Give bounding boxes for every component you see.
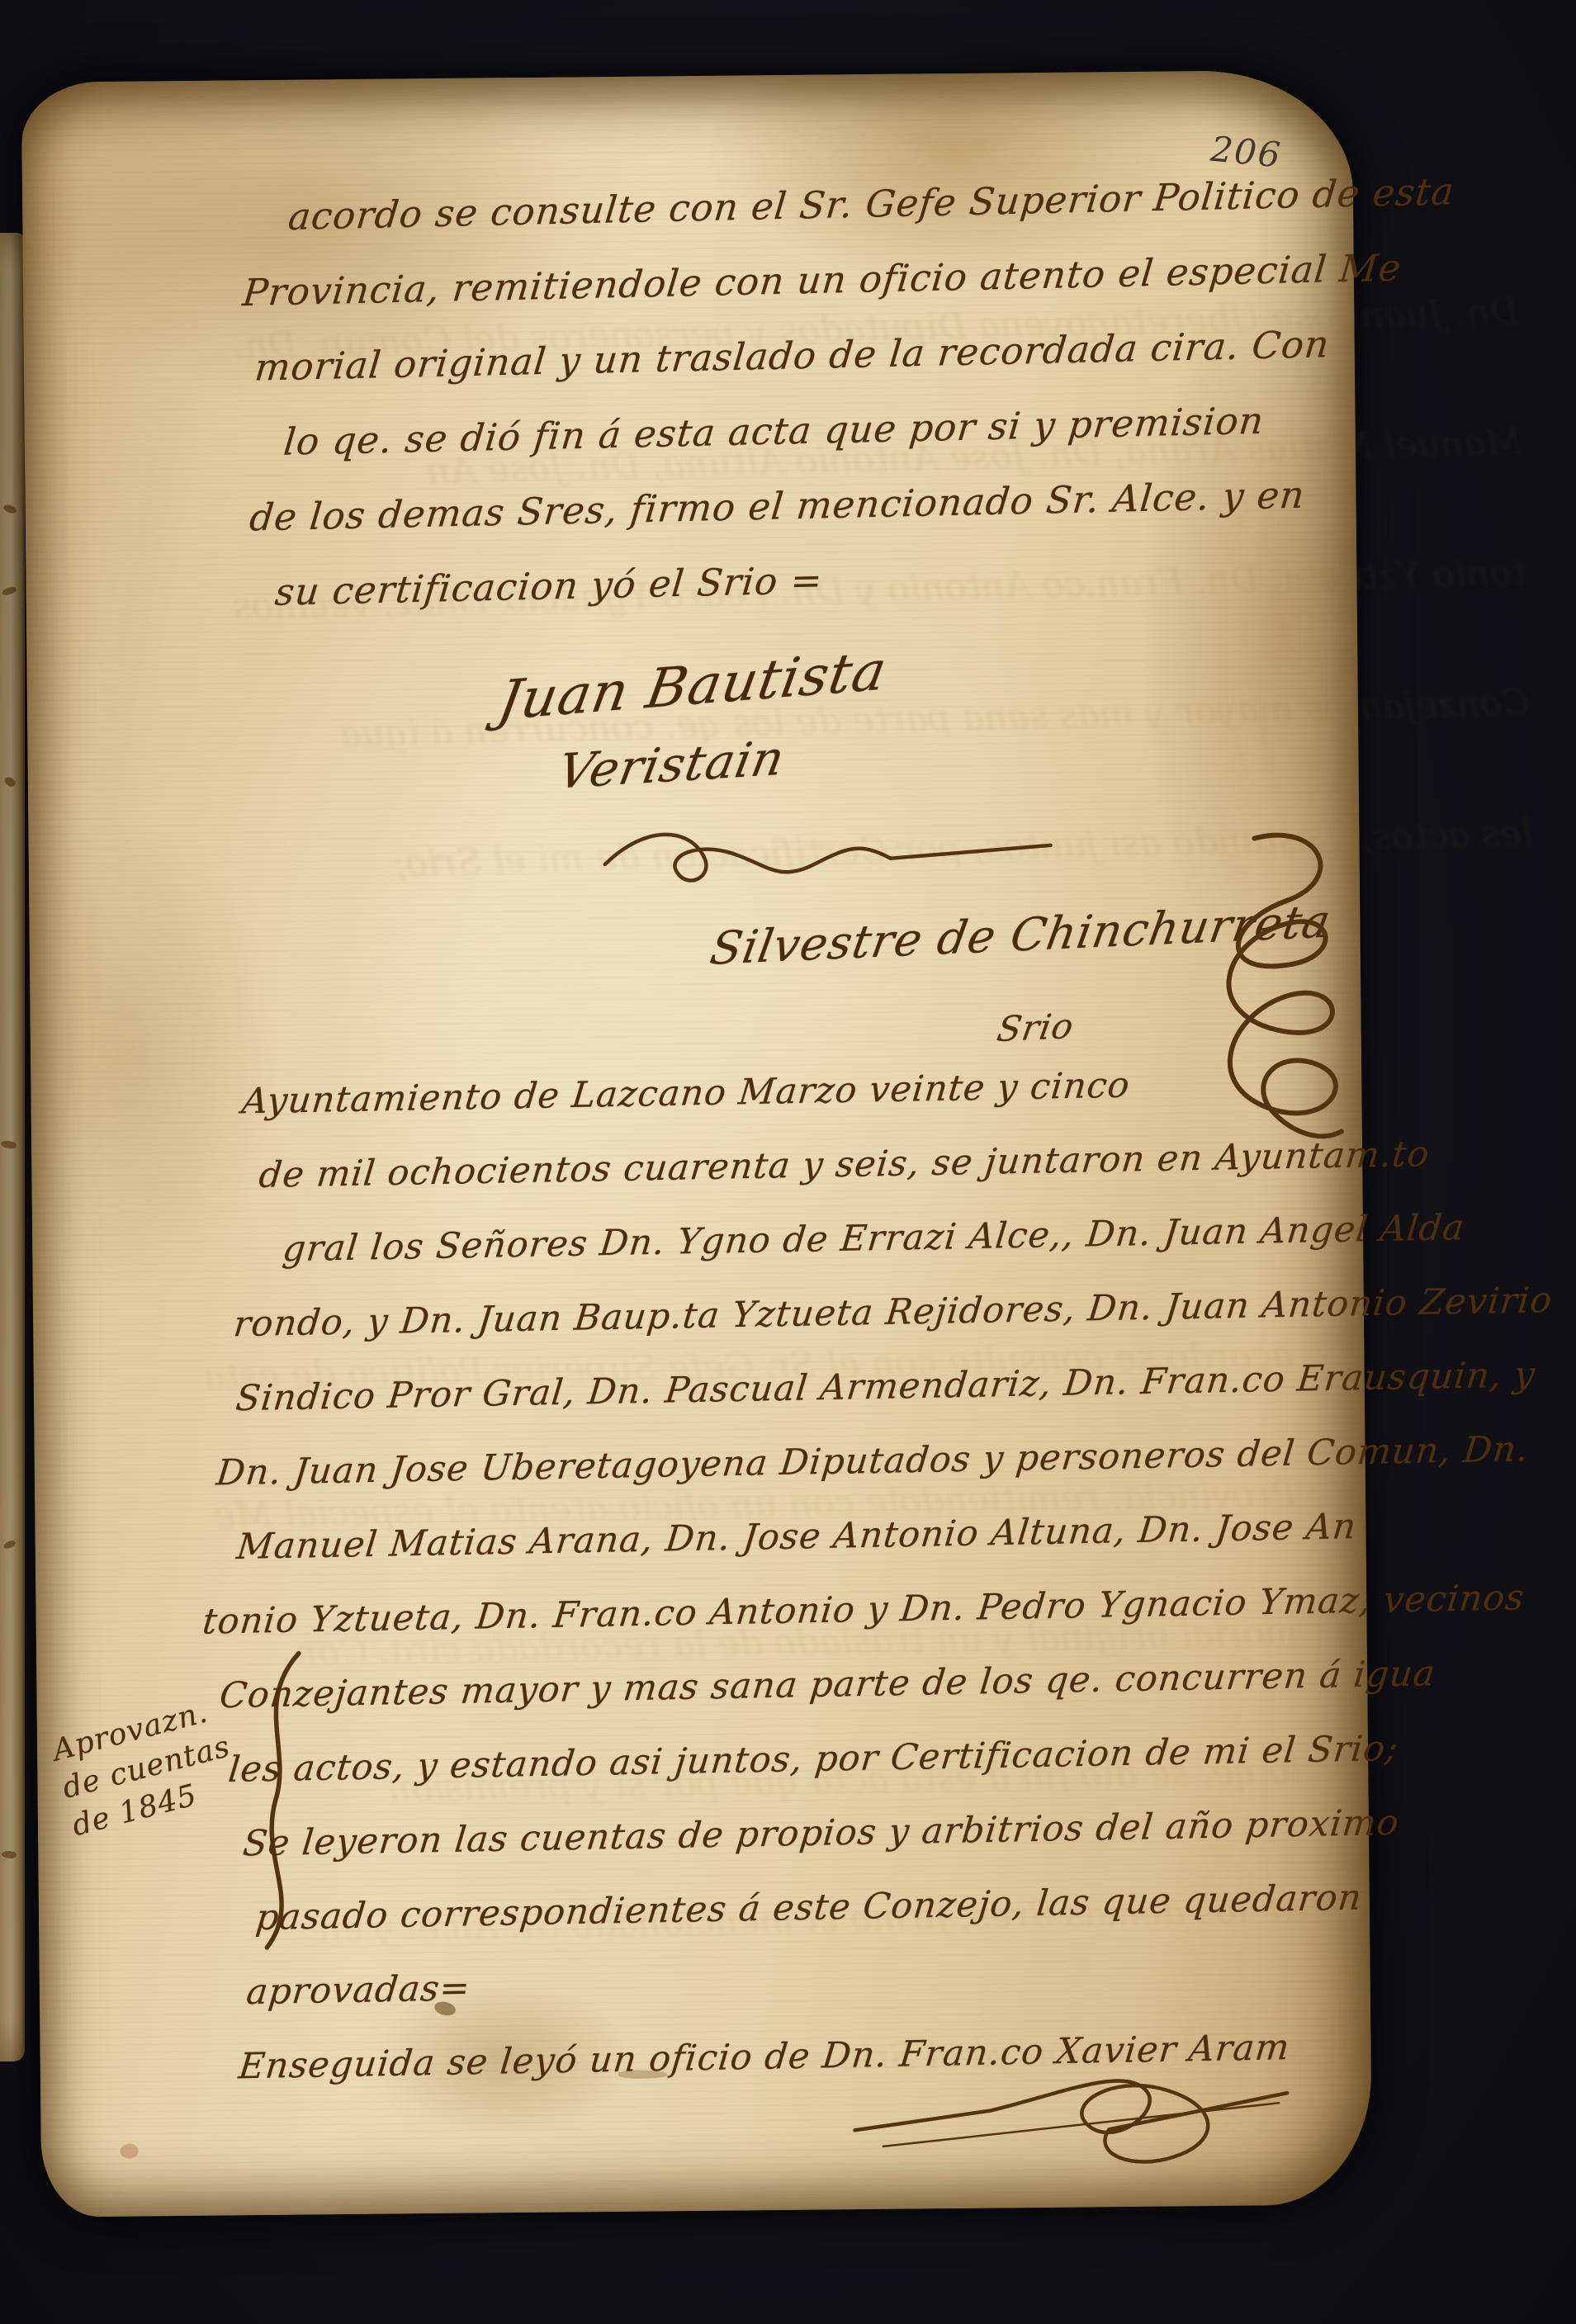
ink-fragment (1, 586, 17, 596)
scanned-document-background: Dn. Juan Jose Uberetagoyena Diputados y … (0, 0, 1576, 2324)
ink-fragment (1, 1850, 17, 1859)
ink-fragment (2, 1540, 17, 1550)
signature-rubric-flourish (598, 809, 1061, 904)
ink-fragment (2, 775, 17, 789)
bottom-rubric-flourish (850, 2042, 1297, 2186)
signature-secretary-name: Juan Bautista (494, 639, 892, 733)
ink-fragment (2, 503, 17, 515)
paper-stain (121, 2144, 139, 2159)
ink-fragment (0, 1139, 17, 1150)
paragraph-closing-act: acordo se consulte con el Sr. Gefe Super… (199, 154, 1459, 632)
manuscript-page: Dn. Juan Jose Uberetagoyena Diputados y … (21, 69, 1373, 2217)
signature-secretary-surname: Veristain (554, 730, 789, 800)
signature-title-secretario: Srio (994, 1006, 1077, 1049)
previous-page-edge (0, 233, 25, 2061)
paragraph-session-minutes: Ayuntamiento de Lazcano Marzo veinte y c… (137, 1040, 1576, 2106)
